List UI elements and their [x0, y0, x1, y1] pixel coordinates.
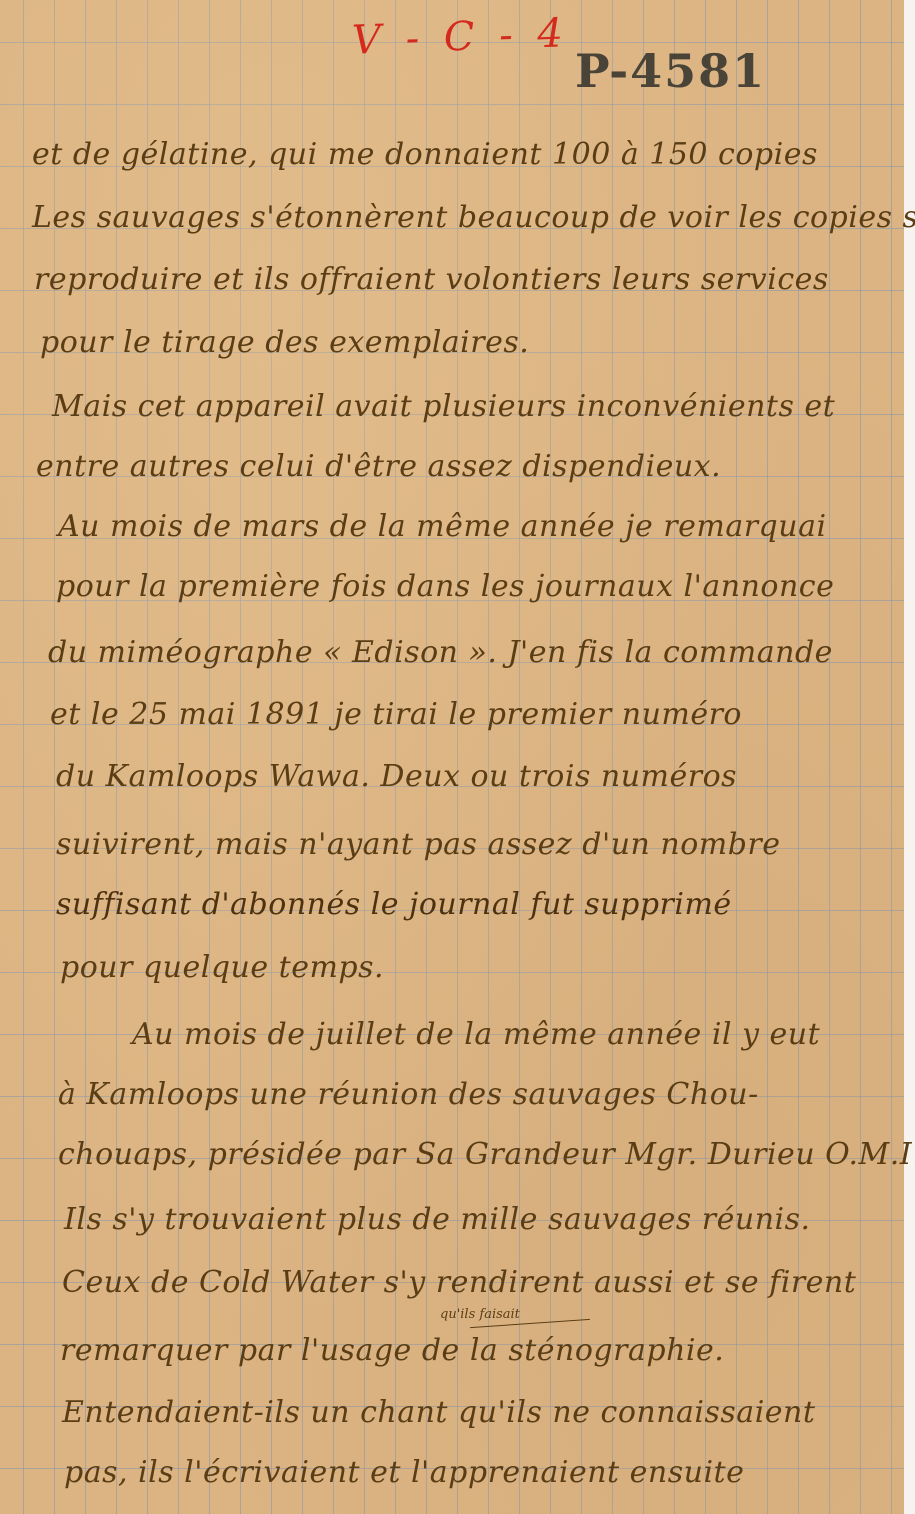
interlinear-insertion: qu'ils faisait — [440, 1307, 520, 1322]
manuscript-line: pour le tirage des exemplaires. — [40, 328, 529, 358]
manuscript-line: Ils s'y trouvaient plus de mille sauvage… — [64, 1205, 811, 1235]
manuscript-line: Entendaient-ils un chant qu'ils ne conna… — [62, 1398, 815, 1428]
manuscript-line: Les sauvages s'étonnèrent beaucoup de vo… — [32, 203, 915, 233]
manuscript-line: suivirent, mais n'ayant pas assez d'un n… — [56, 830, 781, 860]
manuscript-line: du miméographe « Edison ». J'en fis la c… — [48, 638, 833, 668]
handwritten-archive-reference: V - C - 4 — [351, 10, 569, 64]
manuscript-line: remarquer par l'usage de la sténographie… — [60, 1336, 724, 1366]
manuscript-line: chouaps, présidée par Sa Grandeur Mgr. D… — [58, 1140, 915, 1170]
manuscript-line: et de gélatine, qui me donnaient 100 à 1… — [32, 140, 818, 170]
manuscript-line: reproduire et ils offraient volontiers l… — [34, 265, 829, 295]
manuscript-line: Au mois de juillet de la même année il y… — [132, 1020, 820, 1050]
manuscript-line: pas, ils l'écrivaient et l'apprenaient e… — [64, 1458, 744, 1488]
manuscript-line: suffisant d'abonnés le journal fut suppr… — [56, 890, 732, 920]
manuscript-line: pour quelque temps. — [60, 953, 384, 983]
manuscript-line: à Kamloops une réunion des sauvages Chou… — [58, 1080, 759, 1110]
manuscript-line: Ceux de Cold Water s'y rendirent aussi e… — [62, 1268, 856, 1298]
manuscript-line: et le 25 mai 1891 je tirai le premier nu… — [50, 700, 742, 730]
manuscript-line: Au mois de mars de la même année je rema… — [58, 512, 827, 542]
manuscript-line: pour la première fois dans les journaux … — [56, 572, 834, 602]
manuscript-line: entre autres celui d'être assez dispendi… — [36, 452, 721, 482]
stamped-archive-number: P-4581 — [575, 44, 766, 98]
manuscript-line: Mais cet appareil avait plusieurs inconv… — [52, 392, 835, 422]
manuscript-line: du Kamloops Wawa. Deux ou trois numéros — [56, 762, 737, 792]
